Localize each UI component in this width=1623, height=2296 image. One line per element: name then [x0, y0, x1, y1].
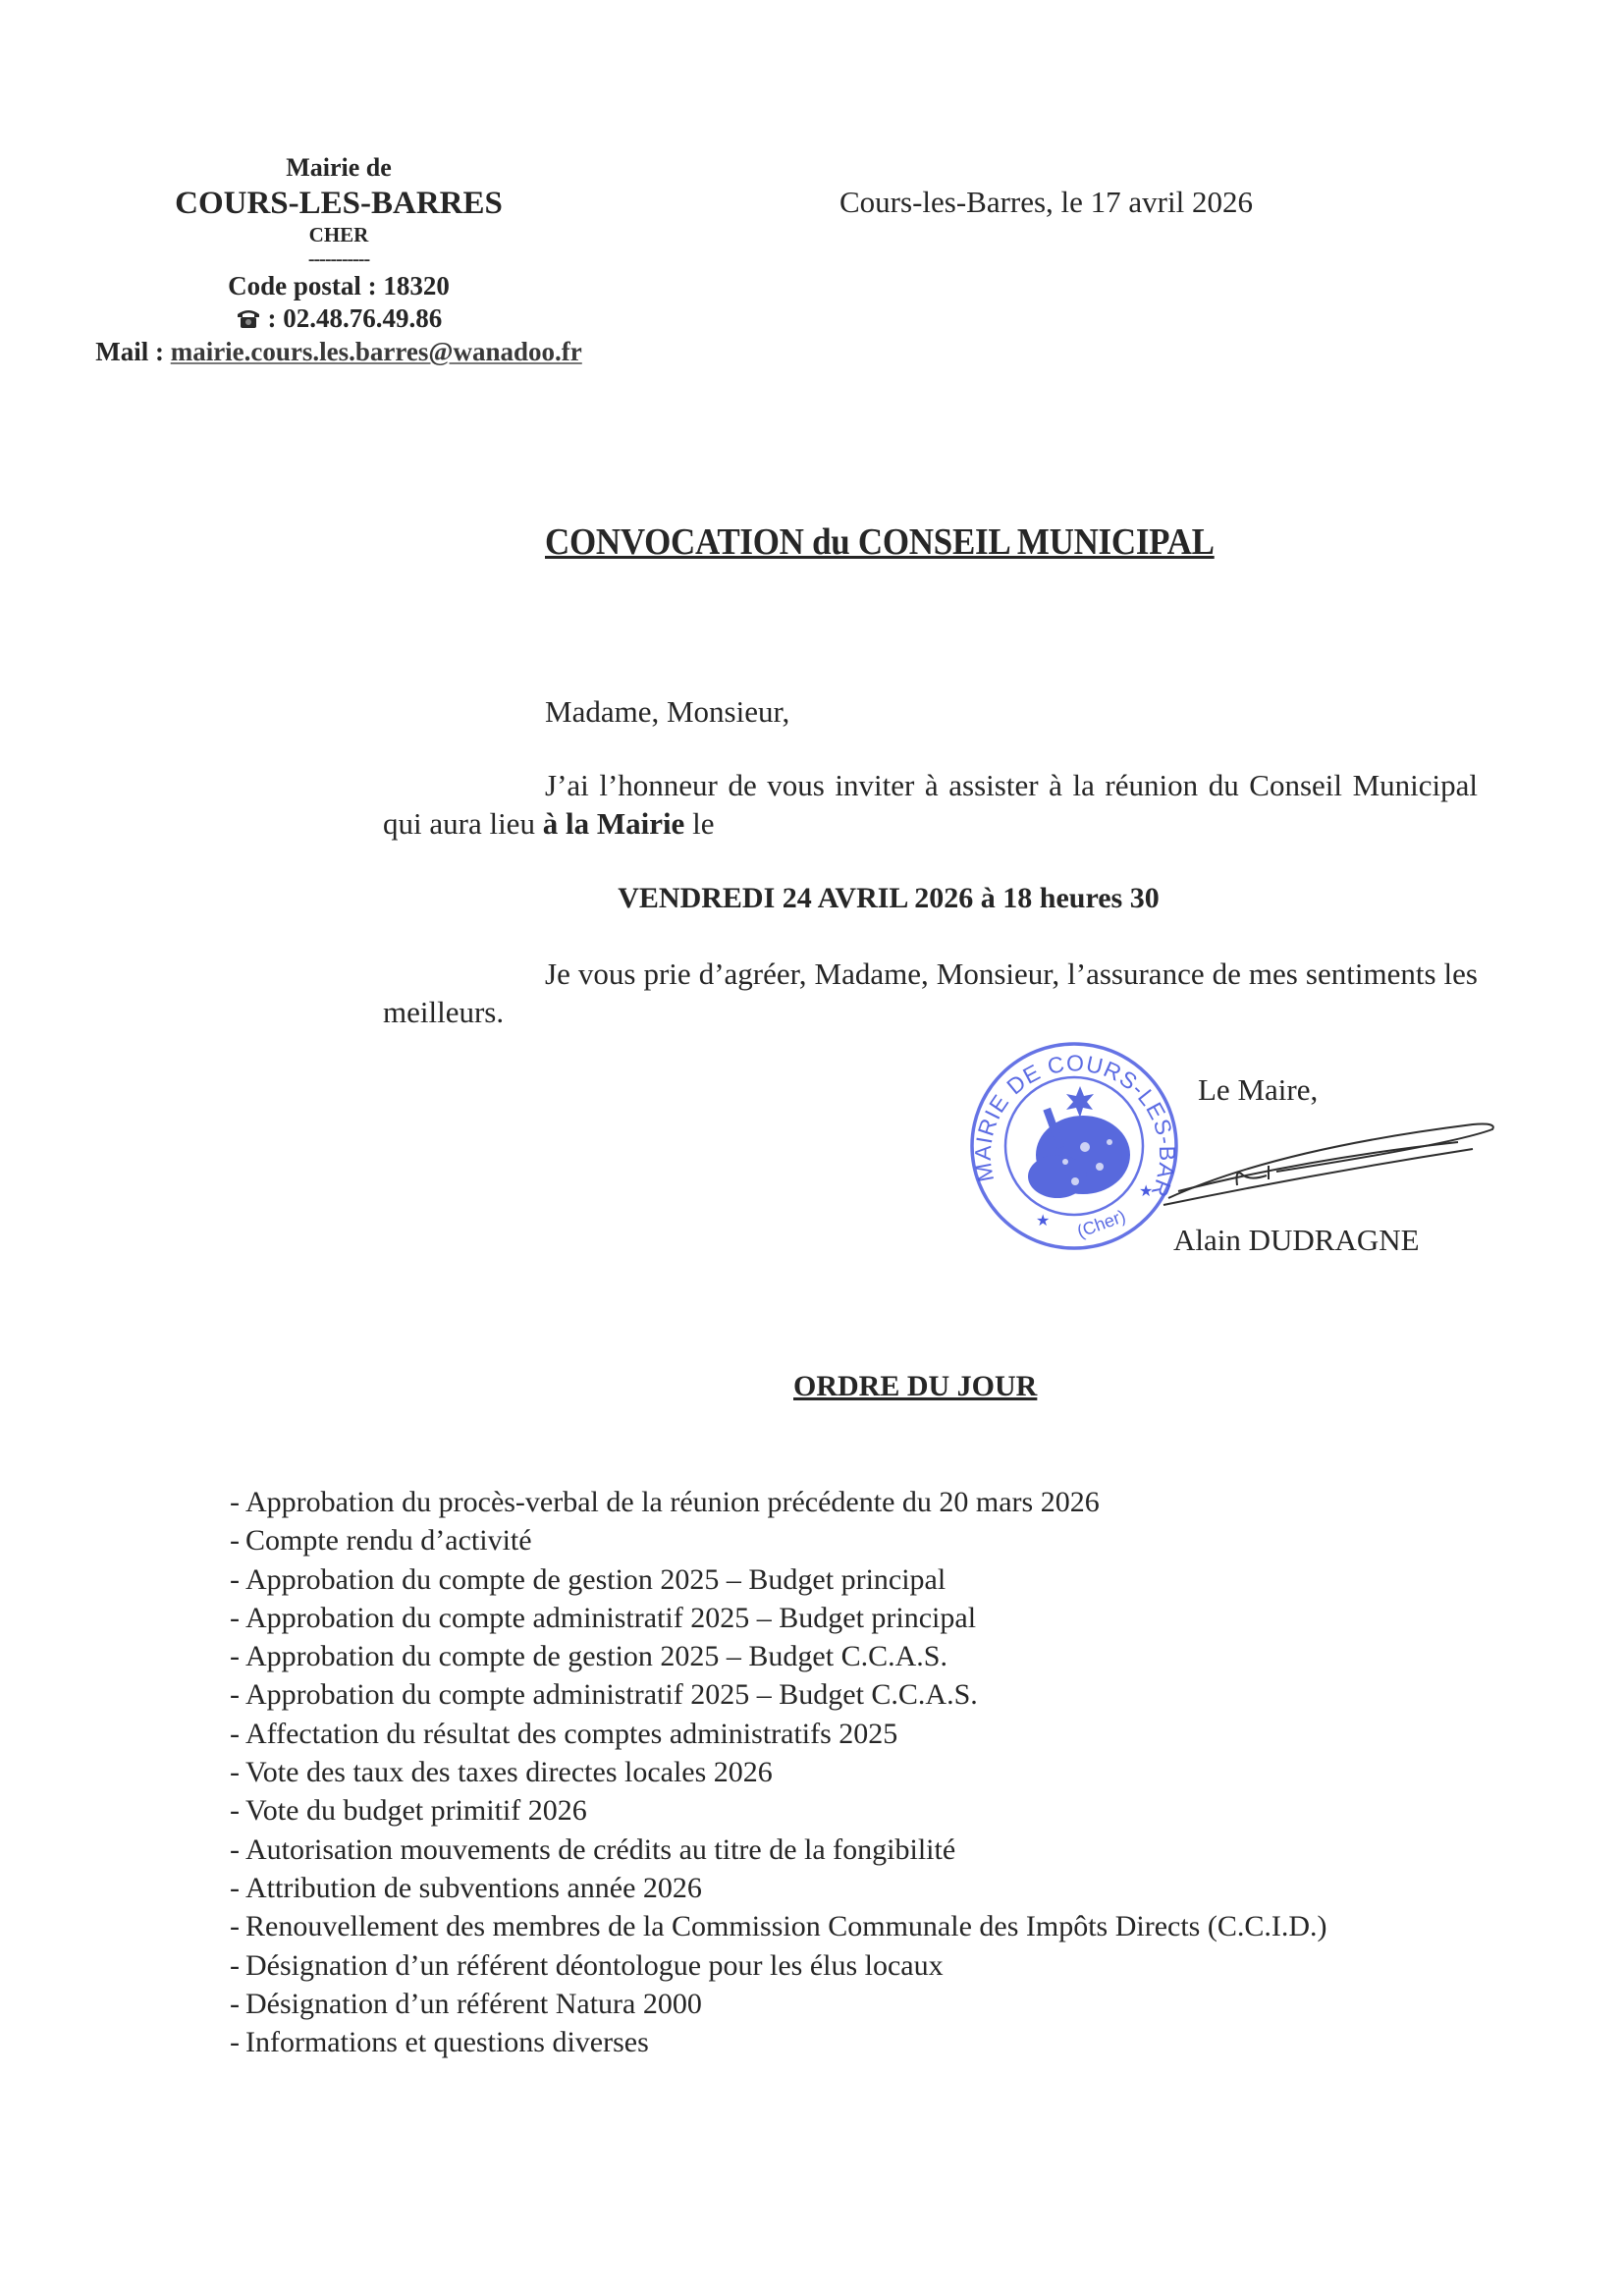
mail-line: Mail : mairie.cours.les.barres@wanadoo.f… [79, 336, 599, 368]
departement: CHER [79, 223, 599, 248]
svg-text:★: ★ [1139, 1183, 1153, 1200]
agenda-item: -Autorisation mouvements de crédits au t… [230, 1831, 1327, 1869]
agenda-item: -Informations et questions diverses [230, 2023, 1327, 2061]
agenda-item-text: Autorisation mouvements de crédits au ti… [245, 1833, 955, 1866]
commune-name: COURS-LES-BARRES [79, 184, 599, 223]
signatory-title: Le Maire, [1198, 1072, 1318, 1108]
bullet-dash: - [230, 1678, 240, 1711]
agenda-item-text: Approbation du compte administratif 2025… [245, 1678, 978, 1711]
meeting-datetime: VENDREDI 24 AVRIL 2026 à 18 heures 30 [486, 882, 1291, 915]
phone-number: : 02.48.76.49.86 [268, 303, 443, 333]
bullet-dash: - [230, 1910, 240, 1942]
agenda-item-text: Compte rendu d’activité [245, 1524, 532, 1557]
signatory-name: Alain DUDRAGNE [1173, 1223, 1420, 1258]
agenda-item-text: Approbation du compte administratif 2025… [245, 1602, 976, 1634]
postal-code: Code postal : 18320 [79, 270, 599, 302]
bullet-dash: - [230, 1563, 240, 1596]
agenda-item: -Attribution de subventions année 2026 [230, 1869, 1327, 1907]
bullet-dash: - [230, 1718, 240, 1750]
mail-link[interactable]: mairie.cours.les.barres@wanadoo.fr [171, 337, 582, 366]
bullet-dash: - [230, 1872, 240, 1904]
phone-line: : 02.48.76.49.86 [79, 302, 599, 337]
agenda-item: -Approbation du procès-verbal de la réun… [230, 1483, 1327, 1521]
agenda-item: -Renouvellement des membres de la Commis… [230, 1907, 1327, 1945]
bullet-dash: - [230, 1524, 240, 1557]
bullet-dash: - [230, 1794, 240, 1827]
agenda-item: -Approbation du compte de gestion 2025 –… [230, 1560, 1327, 1599]
bullet-dash: - [230, 1640, 240, 1672]
agenda-item-text: Attribution de subventions année 2026 [245, 1872, 702, 1904]
agenda-item: -Désignation d’un référent Natura 2000 [230, 1985, 1327, 2023]
agenda-item: -Approbation du compte administratif 202… [230, 1599, 1327, 1637]
salutation: Madame, Monsieur, [545, 692, 789, 731]
bullet-dash: - [230, 1602, 240, 1634]
mairie-stamp-icon: MAIRIE DE COURS-LES-BARRES (Cher) ★ ★ [967, 1039, 1181, 1253]
telephone-icon [236, 304, 261, 337]
agenda-item-text: Vote des taux des taxes directes locales… [245, 1756, 773, 1788]
svg-text:★: ★ [1036, 1213, 1050, 1230]
agenda-item: -Approbation du compte de gestion 2025 –… [230, 1637, 1327, 1675]
bullet-dash: - [230, 1833, 240, 1866]
closing-paragraph: Je vous prie d’agréer, Madame, Monsieur,… [383, 955, 1478, 1031]
bullet-dash: - [230, 1988, 240, 2020]
agenda-item-text: Désignation d’un référent déontologue po… [245, 1949, 944, 1982]
agenda-item: -Vote des taux des taxes directes locale… [230, 1753, 1327, 1791]
date-line: Cours-les-Barres, le 17 avril 2026 [839, 185, 1253, 220]
agenda-item-text: Informations et questions diverses [245, 2026, 649, 2058]
bullet-dash: - [230, 1949, 240, 1982]
bullet-dash: - [230, 2026, 240, 2058]
letterhead-line1: Mairie de [79, 152, 599, 184]
agenda-item-text: Approbation du compte de gestion 2025 – … [245, 1640, 947, 1672]
agenda-item-text: Vote du budget primitif 2026 [245, 1794, 587, 1827]
agenda-item-text: Approbation du procès-verbal de la réuni… [245, 1486, 1100, 1518]
signature-icon [1159, 1105, 1502, 1213]
agenda-item-text: Approbation du compte de gestion 2025 – … [245, 1563, 946, 1596]
agenda-item: -Vote du budget primitif 2026 [230, 1791, 1327, 1830]
mail-label: Mail : [95, 337, 170, 366]
agenda-item: -Compte rendu d’activité [230, 1521, 1327, 1559]
agenda-item: -Affectation du résultat des comptes adm… [230, 1715, 1327, 1753]
agenda-list: -Approbation du procès-verbal de la réun… [230, 1483, 1327, 2061]
bullet-dash: - [230, 1486, 240, 1518]
agenda-item-text: Désignation d’un référent Natura 2000 [245, 1988, 702, 2020]
document-title: CONVOCATION du CONSEIL MUNICIPAL [545, 520, 1215, 564]
bullet-dash: - [230, 1756, 240, 1788]
invitation-paragraph: J’ai l’honneur de vous inviter à assiste… [383, 766, 1478, 843]
agenda-item-text: Affectation du résultat des comptes admi… [245, 1718, 897, 1750]
agenda-item: -Désignation d’un référent déontologue p… [230, 1946, 1327, 1985]
separator: ----------- [79, 248, 599, 270]
agenda-heading: ORDRE DU JOUR [793, 1370, 1037, 1403]
invitation-location: à la Mairie [543, 806, 685, 841]
agenda-item-text: Renouvellement des membres de la Commiss… [245, 1910, 1327, 1942]
invitation-text-end: le [684, 806, 714, 841]
agenda-item: -Approbation du compte administratif 202… [230, 1675, 1327, 1714]
letterhead: Mairie de COURS-LES-BARRES CHER --------… [79, 152, 599, 368]
